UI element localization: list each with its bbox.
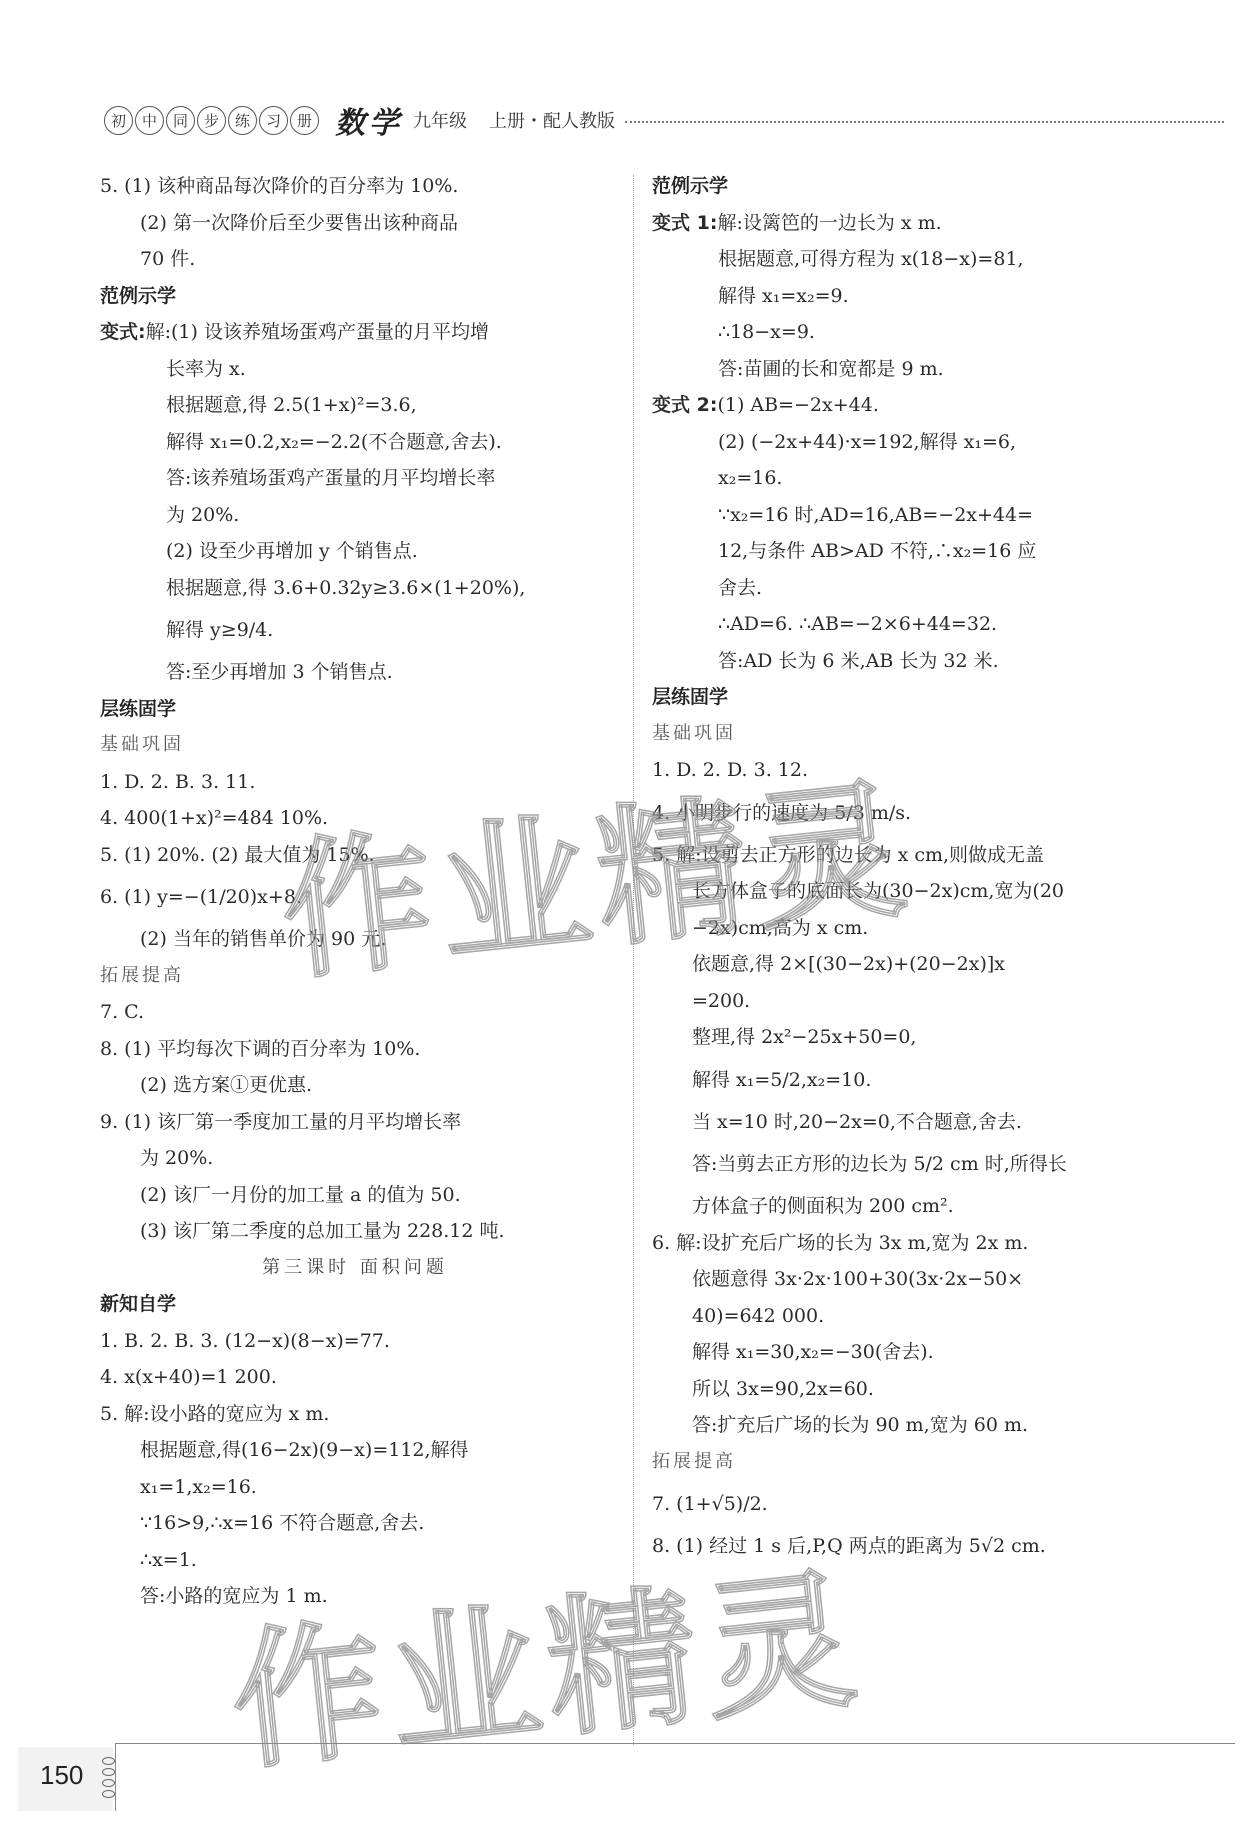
answer-line: x₂=16. [652, 460, 1162, 497]
line-text: 层练固学 [652, 686, 728, 708]
line-text: ∵16>9,∴x=16 不符合题意,舍去. [140, 1512, 424, 1534]
volume-label: 上册・配人教版 [489, 107, 615, 133]
line-text: (2) 设至少再增加 y 个销售点. [166, 540, 418, 562]
line-text: 解得 x₁=0.2,x₂=−2.2(不合题意,舍去). [166, 431, 502, 453]
line-text: 基础巩固 [652, 723, 736, 744]
line-text: 整理,得 2x²−25x+50=0, [692, 1026, 916, 1048]
answer-line: 6. 解:设扩充后广场的长为 3x m,宽为 2x m. [652, 1225, 1162, 1262]
answer-line: 舍去. [652, 570, 1162, 607]
answer-line: 解得 x₁=x₂=9. [652, 278, 1162, 315]
line-text: (2) 第一次降价后至少要售出该种商品 [140, 212, 458, 234]
line-text: 拓展提高 [652, 1451, 736, 1472]
answer-line: (2) 该厂一月份的加工量 a 的值为 50. [100, 1177, 610, 1214]
answer-line: (2) 设至少再增加 y 个销售点. [100, 533, 610, 570]
line-text: 范例示学 [652, 175, 728, 197]
line-text: 答:该养殖场蛋鸡产蛋量的月平均增长率 [166, 467, 495, 489]
page-number: 150 [40, 1760, 83, 1791]
line-text: ∴18−x=9. [718, 321, 815, 343]
answer-line: 5. 解:设小路的宽应为 x m. [100, 1396, 610, 1433]
answer-line: x₁=1,x₂=16. [100, 1469, 610, 1506]
answer-line: 答:苗圃的长和宽都是 9 m. [652, 351, 1162, 388]
line-text: 7. (1+√5)/2. [652, 1493, 768, 1515]
variant-label: 变式 1: [652, 212, 717, 234]
answer-line: 解得 y≥9/4. [100, 606, 610, 654]
answer-line: 解得 x₁=5/2,x₂=10. [652, 1056, 1162, 1104]
answer-line: 答:AD 长为 6 米,AB 长为 32 米. [652, 643, 1162, 680]
line-text: 为 20%. [140, 1147, 213, 1169]
answer-line: 1. B. 2. B. 3. (12−x)(8−x)=77. [100, 1323, 610, 1360]
line-text: 依题意得 3x·2x·100+30(3x·2x−50× [692, 1268, 1023, 1290]
header-dotted-rule [625, 121, 1224, 123]
line-text: 解:(1) 设该养殖场蛋鸡产蛋量的月平均增 [146, 321, 489, 343]
line-text: ∵x₂=16 时,AD=16,AB=−2x+44= [718, 504, 1033, 526]
line-text: 答:苗圃的长和宽都是 9 m. [718, 358, 944, 380]
answer-line: 答:扩充后广场的长为 90 m,宽为 60 m. [652, 1407, 1162, 1444]
answer-line: 根据题意,得(16−2x)(9−x)=112,解得 [100, 1432, 610, 1469]
line-text: 舍去. [718, 577, 762, 599]
answer-line: ∵16>9,∴x=16 不符合题意,舍去. [100, 1505, 610, 1542]
variant-label: 变式 2: [652, 394, 717, 416]
line-text: 70 件. [140, 248, 195, 270]
series-char-badge: 练 [228, 106, 257, 135]
series-char-badge: 初 [104, 106, 133, 135]
answer-line: 方体盒子的侧面积为 200 cm². [652, 1188, 1162, 1225]
line-text: 根据题意,得 3.6+0.32y≥3.6×(1+20%), [166, 577, 525, 599]
series-char-badge: 习 [259, 106, 288, 135]
answer-line: 答:该养殖场蛋鸡产蛋量的月平均增长率 [100, 460, 610, 497]
footer-vertical-rule [115, 1743, 116, 1811]
line-text: 基础巩固 [100, 734, 184, 755]
line-text: 1. B. 2. B. 3. (12−x)(8−x)=77. [100, 1330, 390, 1352]
variant-label: 变式: [100, 321, 146, 343]
line-text: 6. (1) y=−(1/20)x+8. [100, 886, 302, 908]
line-text: 1. D. 2. B. 3. 11. [100, 771, 255, 793]
answer-line: 70 件. [100, 241, 610, 278]
answer-line: =200. [652, 983, 1162, 1020]
answer-line: 答:至少再增加 3 个销售点. [100, 654, 610, 691]
line-text: 根据题意,得(16−2x)(9−x)=112,解得 [140, 1439, 469, 1461]
series-char-badge: 同 [166, 106, 195, 135]
line-text: 解得 x₁=x₂=9. [718, 285, 849, 307]
line-text: 为 20%. [166, 504, 239, 526]
answer-line: 所以 3x=90,2x=60. [652, 1371, 1162, 1408]
line-text: 7. C. [100, 1001, 144, 1023]
line-text: 解得 x₁=5/2,x₂=10. [692, 1069, 871, 1091]
answer-line: 为 20%. [100, 497, 610, 534]
line-text: 当 x=10 时,20−2x=0,不合题意,舍去. [692, 1111, 1022, 1133]
answer-line: (2) (−2x+44)·x=192,解得 x₁=6, [652, 424, 1162, 461]
line-text: 解得 x₁=30,x₂=−30(舍去). [692, 1341, 934, 1363]
subject-title: 数学 [335, 98, 403, 142]
answer-line: 答:当剪去正方形的边长为 5/2 cm 时,所得长 [652, 1140, 1162, 1188]
line-text: 5. (1) 该种商品每次降价的百分率为 10%. [100, 175, 458, 197]
series-char-badge: 步 [197, 106, 226, 135]
line-text: 解:设篱笆的一边长为 x m. [717, 212, 941, 234]
answer-line: 7. (1+√5)/2. [652, 1480, 1162, 1528]
subsection-heading: 基础巩固 [100, 727, 610, 764]
answer-line: 5. (1) 该种商品每次降价的百分率为 10%. [100, 168, 610, 205]
line-text: 5. 解:设小路的宽应为 x m. [100, 1403, 329, 1425]
answer-line: 整理,得 2x²−25x+50=0, [652, 1019, 1162, 1056]
line-text: 9. (1) 该厂第一季度加工量的月平均增长率 [100, 1111, 461, 1133]
answer-line: 根据题意,可得方程为 x(18−x)=81, [652, 241, 1162, 278]
line-text: 根据题意,可得方程为 x(18−x)=81, [718, 248, 1024, 270]
line-text: 答:至少再增加 3 个销售点. [166, 661, 393, 683]
line-text: 新知自学 [100, 1293, 176, 1315]
line-text: =200. [692, 990, 750, 1012]
answer-line: 12,与条件 AB>AD 不符,∴x₂=16 应 [652, 533, 1162, 570]
lesson-title: 第三课时 面积问题 [100, 1250, 610, 1287]
footer-rule [115, 1743, 1235, 1744]
answer-line: 根据题意,得 2.5(1+x)²=3.6, [100, 387, 610, 424]
answer-line: 9. (1) 该厂第一季度加工量的月平均增长率 [100, 1104, 610, 1141]
answer-line: 为 20%. [100, 1140, 610, 1177]
answer-line: 依题意得 3x·2x·100+30(3x·2x−50× [652, 1261, 1162, 1298]
binding-rings-icon [102, 1757, 115, 1798]
answer-line: ∵x₂=16 时,AD=16,AB=−2x+44= [652, 497, 1162, 534]
line-text: 4. x(x+40)=1 200. [100, 1366, 277, 1388]
answer-line: ∴AD=6. ∴AB=−2×6+44=32. [652, 606, 1162, 643]
answer-line: (2) 选方案①更优惠. [100, 1067, 610, 1104]
answer-line: (2) 第一次降价后至少要售出该种商品 [100, 205, 610, 242]
series-char-badge: 册 [290, 106, 319, 135]
line-text: 根据题意,得 2.5(1+x)²=3.6, [166, 394, 417, 416]
answer-line: 变式 1:解:设篱笆的一边长为 x m. [652, 205, 1162, 242]
answer-line: (3) 该厂第二季度的总加工量为 228.12 吨. [100, 1213, 610, 1250]
line-text: (2) 该厂一月份的加工量 a 的值为 50. [140, 1184, 461, 1206]
line-text: (3) 该厂第二季度的总加工量为 228.12 吨. [140, 1220, 505, 1242]
line-text: 范例示学 [100, 285, 176, 307]
line-text: 层练固学 [100, 698, 176, 720]
line-text: 40)=642 000. [692, 1305, 824, 1327]
series-char-badge: 中 [135, 106, 164, 135]
line-text: ∴x=1. [140, 1549, 197, 1571]
line-text: 答:当剪去正方形的边长为 5/2 cm 时,所得长 [692, 1153, 1067, 1175]
answer-line: 4. x(x+40)=1 200. [100, 1359, 610, 1396]
line-text: 长率为 x. [166, 358, 246, 380]
line-text: 解得 y≥9/4. [166, 619, 273, 641]
line-text: ∴AD=6. ∴AB=−2×6+44=32. [718, 613, 997, 635]
answer-line: ∴18−x=9. [652, 314, 1162, 351]
section-heading: 范例示学 [652, 168, 1162, 205]
answer-line: 变式:解:(1) 设该养殖场蛋鸡产蛋量的月平均增 [100, 314, 610, 351]
line-text: 所以 3x=90,2x=60. [692, 1378, 874, 1400]
page-header: 初中同步练习册 数学 九年级 上册・配人教版 [104, 100, 1224, 140]
line-text: 答:AD 长为 6 米,AB 长为 32 米. [718, 650, 999, 672]
line-text: 拓展提高 [100, 965, 184, 986]
line-text: 答:扩充后广场的长为 90 m,宽为 60 m. [692, 1414, 1028, 1436]
section-heading: 层练固学 [100, 691, 610, 728]
answer-line: 当 x=10 时,20−2x=0,不合题意,舍去. [652, 1104, 1162, 1141]
line-text: 方体盒子的侧面积为 200 cm². [692, 1195, 954, 1217]
answer-line: 40)=642 000. [652, 1298, 1162, 1335]
line-text: (1) AB=−2x+44. [717, 394, 878, 416]
answer-line: 解得 x₁=0.2,x₂=−2.2(不合题意,舍去). [100, 424, 610, 461]
answer-line: 变式 2:(1) AB=−2x+44. [652, 387, 1162, 424]
answer-line: 解得 x₁=30,x₂=−30(舍去). [652, 1334, 1162, 1371]
section-heading: 层练固学 [652, 679, 1162, 716]
grade-label: 九年级 [413, 107, 467, 133]
answer-line: 8. (1) 平均每次下调的百分率为 10%. [100, 1031, 610, 1068]
line-text: (2) (−2x+44)·x=192,解得 x₁=6, [718, 431, 1016, 453]
line-text: 第三课时 面积问题 [262, 1257, 448, 1278]
line-text: x₁=1,x₂=16. [140, 1476, 257, 1498]
section-heading: 范例示学 [100, 278, 610, 315]
answer-line: 根据题意,得 3.6+0.32y≥3.6×(1+20%), [100, 570, 610, 607]
line-text: x₂=16. [718, 467, 782, 489]
section-heading: 新知自学 [100, 1286, 610, 1323]
line-text: 12,与条件 AB>AD 不符,∴x₂=16 应 [718, 540, 1036, 562]
line-text: 6. 解:设扩充后广场的长为 3x m,宽为 2x m. [652, 1232, 1028, 1254]
answer-line: 长率为 x. [100, 351, 610, 388]
line-text: 8. (1) 平均每次下调的百分率为 10%. [100, 1038, 420, 1060]
subsection-heading: 拓展提高 [652, 1444, 1162, 1481]
series-title: 初中同步练习册 [104, 106, 321, 135]
line-text: (2) 选方案①更优惠. [140, 1074, 312, 1096]
